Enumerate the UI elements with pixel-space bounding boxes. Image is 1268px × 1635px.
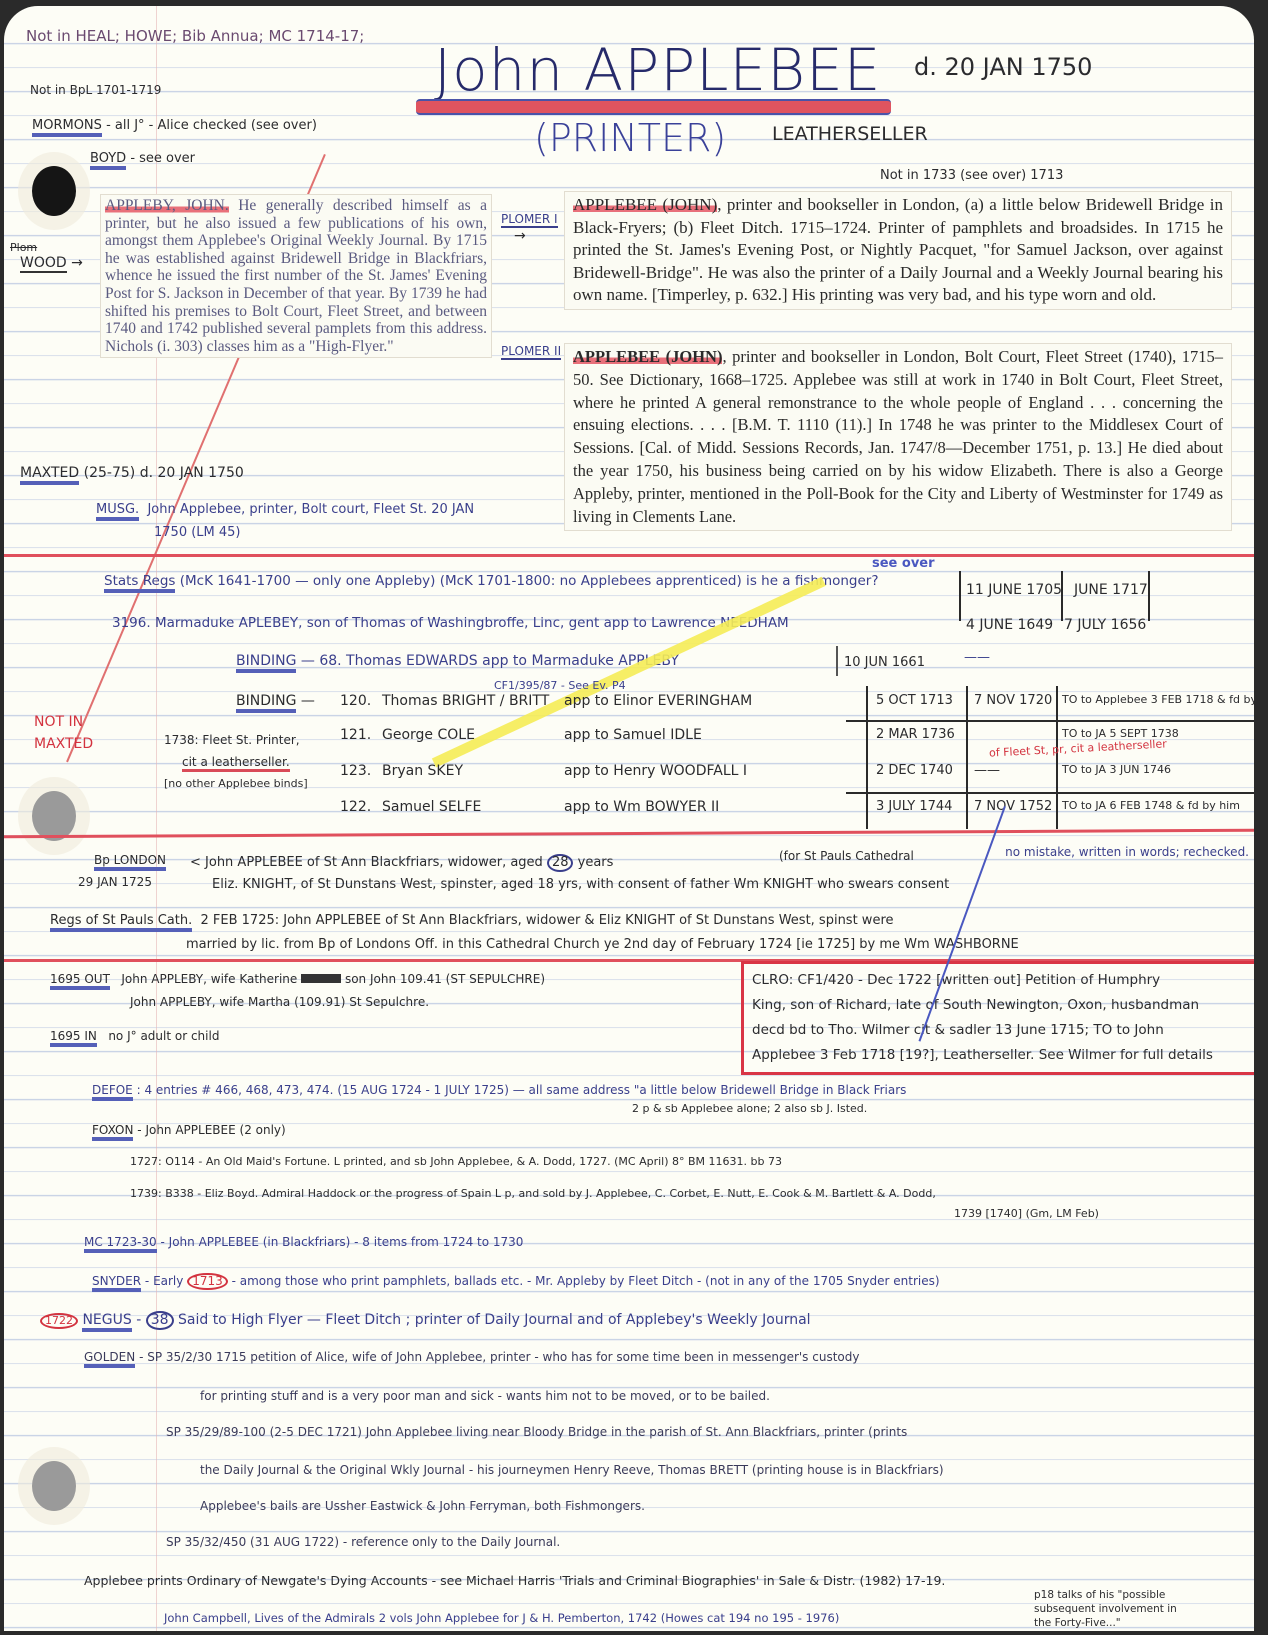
binding-row-bound: 3 JULY 1744 [876, 800, 952, 814]
wood-label: WOOD → [20, 256, 83, 271]
regs-line2: married by lic. from Bp of Londons Off. … [186, 938, 1019, 952]
binding-row-note: TO to Applebee 3 FEB 1718 & fd by him [1062, 694, 1254, 706]
table-divider [1148, 571, 1150, 621]
death-date: d. 20 JAN 1750 [914, 54, 1092, 80]
snyder-note: SNYDER - Early 1713 - among those who pr… [92, 1273, 940, 1290]
regs-st-pauls: Regs of St Pauls Cath. 2 FEB 1725: John … [50, 914, 894, 928]
binding-ref: CF1/395/87 - See Ev. P4 [494, 680, 626, 692]
foxon-entry-cont: 1739 [1740] (Gm, LM Feb) [954, 1208, 1099, 1220]
negus-note: 1722 NEGUS - 38 Said to High Flyer — Fle… [40, 1311, 811, 1330]
date-cell: 4 JUNE 1649 [966, 618, 1053, 633]
not-in-note: Not in HEAL; HOWE; Bib Annua; MC 1714-17… [26, 28, 364, 45]
binding-row-master: app to Samuel IDLE [564, 728, 702, 743]
stats-regs-line2: 3196. Marmaduke APLEBEY, son of Thomas o… [112, 616, 789, 631]
binding-row-num: 122. [340, 800, 371, 815]
marriage-line1: < John APPLEBEE of St Ann Blackfriars, w… [190, 854, 613, 872]
title-underline [416, 99, 891, 115]
table-divider [959, 571, 961, 621]
binding-row-bound: 2 MAR 1736 [876, 728, 955, 742]
boyd-label: BOYD [90, 151, 126, 170]
footer-note: Applebee prints Ordinary of Newgate's Dy… [84, 1574, 945, 1588]
binding-row-bound: 5 OCT 1713 [876, 694, 953, 708]
table-divider [866, 686, 868, 829]
section-divider [4, 554, 1254, 557]
punch-hole [32, 791, 76, 841]
table-row-divider [846, 720, 1254, 722]
plomer2-clipping: APPLEBEE (JOHN), printer and bookseller … [564, 343, 1232, 531]
plomer1-label: PLOMER I [501, 213, 558, 228]
golden-line: Applebee's bails are Ussher Eastwick & J… [200, 1500, 645, 1513]
mc-note: MC 1723-30 - John APPLEBEE (in Blackfria… [84, 1236, 523, 1249]
binding-row-num: 120. [340, 694, 371, 709]
date-cell: JUNE 1717 [1074, 583, 1148, 598]
struck-label: Plom [10, 242, 37, 254]
binding-row-name: Thomas BRIGHT / BRITT [382, 694, 549, 709]
clro-text: CLRO: CF1/420 - Dec 1722 [written out] P… [752, 968, 1213, 1068]
binding-row-free: 7 NOV 1752 [974, 800, 1052, 814]
table-divider [836, 646, 838, 676]
binding-row-num: 121. [340, 728, 371, 743]
binding2-label: BINDING — [236, 694, 315, 709]
golden-line: SP 35/29/89-100 (2-5 DEC 1721) John Appl… [166, 1426, 907, 1439]
binding-row-free: 7 NOV 1720 [974, 694, 1052, 708]
binding-row-name: Samuel SELFE [382, 800, 481, 815]
punch-hole [32, 166, 76, 216]
table-divider [966, 686, 968, 829]
footer-side-note: p18 talks of his "possible subsequent in… [1034, 1588, 1177, 1630]
not-in-maxted: NOT IN MAXTED [34, 711, 93, 755]
binding-row-master: app to Elinor EVERINGHAM [564, 694, 752, 709]
binding-side-note: [no other Applebee binds] [164, 778, 308, 790]
date-cell: 7 JULY 1656 [1064, 618, 1146, 633]
census-out-line2: John APPLEBY, wife Martha (109.91) St Se… [130, 996, 429, 1009]
footer-note: John Campbell, Lives of the Admirals 2 v… [164, 1612, 839, 1625]
census-out: 1695 OUT John APPLEBY, wife Katherine so… [50, 973, 545, 986]
golden-line: the Daily Journal & the Original Wkly Jo… [200, 1464, 944, 1477]
clro-box: CLRO: CF1/420 - Dec 1722 [written out] P… [741, 961, 1254, 1075]
mormons-note: MORMONS - all J° - Alice checked (see ov… [32, 119, 317, 133]
golden-line: SP 35/32/450 (31 AUG 1722) - reference o… [166, 1536, 560, 1549]
census-in: 1695 IN no J° adult or child [50, 1030, 219, 1043]
binding-row-master: app to Wm BOWYER II [564, 800, 719, 815]
binding1-note: BINDING — 68. Thomas EDWARDS app to Marm… [236, 654, 679, 669]
mormons-label: MORMONS [32, 118, 102, 137]
occupation-secondary: LEATHERSELLER [772, 124, 928, 145]
arrow-icon: → [71, 255, 83, 271]
foxon-note: FOXON - John APPLEBEE (2 only) [92, 1124, 286, 1137]
date-cell: 10 JUN 1661 [844, 656, 925, 670]
wood-clipping: APPLEBY, JOHN. He generally described hi… [100, 194, 492, 358]
binding-row-master: app to Henry WOODFALL I [564, 764, 747, 779]
marriage-paren: (for St Pauls Cathedral [779, 850, 914, 863]
section-divider [4, 829, 1254, 839]
binding-row-name: Bryan SKEY [382, 764, 463, 779]
date-cell: 11 JUNE 1705 [966, 583, 1062, 598]
stats-regs-note: Stats Regs (McK 1641-1700 — only one App… [104, 574, 879, 589]
date-cell: —— [964, 651, 990, 665]
table-divider [1056, 686, 1058, 829]
page-title: John APPLEBEE [434, 36, 881, 104]
golden-note: GOLDEN - SP 35/2/30 1715 petition of Ali… [84, 1351, 859, 1364]
musg-line2: 1750 (LM 45) [154, 526, 241, 540]
plomer2-label: PLOMER II [501, 345, 561, 360]
binding-side-note: 1738: Fleet St. Printer, [164, 734, 300, 747]
plomer1-clipping: APPLEBEE (JOHN), printer and bookseller … [564, 191, 1232, 310]
binding-row-num: 123. [340, 764, 371, 779]
punch-hole [32, 1461, 76, 1511]
binding-row-note: TO to JA 6 FEB 1748 & fd by him [1062, 800, 1240, 812]
not-in-bpl-note: Not in BpL 1701-1719 [30, 84, 161, 97]
golden-line: for printing stuff and is a very poor ma… [200, 1390, 770, 1403]
not-in-1733-note: Not in 1733 (see over) 1713 [880, 169, 1063, 183]
binding-row-note: TO to JA 3 JUN 1746 [1062, 764, 1171, 776]
table-row-divider [846, 792, 1254, 794]
red-annotation: of Fleet St, pr, cit a leatherseller [989, 738, 1167, 759]
boyd-note: BOYD - see over [90, 152, 195, 166]
binding-row-bound: 2 DEC 1740 [876, 764, 953, 778]
occupation: (PRINTER) [534, 116, 726, 160]
foxon-entry: 1739: B338 - Eliz Boyd. Admiral Haddock … [130, 1188, 936, 1200]
blue-annotation: no mistake, written in words; rechecked. [989, 844, 1249, 861]
musg-note: MUSG. John Applebee, printer, Bolt court… [96, 503, 474, 517]
binding-row-name: George COLE [382, 728, 475, 743]
binding-side-note: cit a leatherseller. [182, 756, 290, 769]
see-over-note: see over [872, 557, 935, 571]
defoe-sub: 2 p & sb Applebee alone; 2 also sb J. Is… [632, 1103, 867, 1115]
marriage-line2: Eliz. KNIGHT, of St Dunstans West, spins… [212, 878, 949, 892]
maxted-note: MAXTED (25-75) d. 20 JAN 1750 [20, 466, 244, 481]
binding-row-free: —— [974, 764, 1000, 778]
marriage-label: Bp LONDON [94, 854, 166, 867]
defoe-note: DEFOE : 4 entries # 466, 468, 473, 474. … [92, 1084, 906, 1097]
notebook-page: Not in HEAL; HOWE; Bib Annua; MC 1714-17… [4, 6, 1254, 1631]
redaction [301, 974, 341, 983]
foxon-entry: 1727: O114 - An Old Maid's Fortune. L pr… [130, 1156, 782, 1168]
marriage-date: 29 JAN 1725 [78, 876, 152, 889]
arrow-icon: → [514, 229, 526, 244]
